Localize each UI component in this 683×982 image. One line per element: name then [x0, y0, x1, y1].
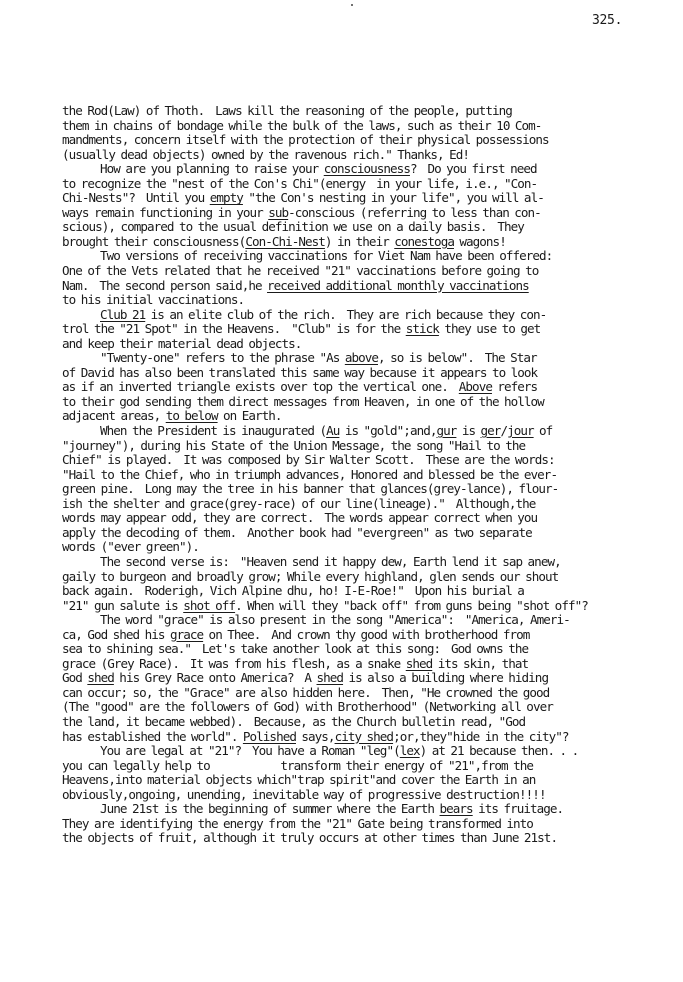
- text-line: "21" gun salute is shot off. When will t…: [62, 599, 682, 614]
- text-line: obviously,ongoing, unending, inevitable …: [62, 788, 682, 803]
- text-line: of David has also been translated this s…: [62, 366, 682, 381]
- text-run: ? Do you first need: [410, 161, 537, 176]
- text-run: the Rod(Law) of Thoth. Laws kill the rea…: [62, 103, 512, 118]
- text-run: of: [534, 423, 553, 438]
- underlined-term: Polished: [243, 729, 296, 744]
- text-run: . When will they "back off" from guns be…: [235, 598, 588, 613]
- text-run: the objects of fruit, although it truly …: [62, 830, 557, 845]
- text-run: is also a building where hiding: [343, 670, 548, 685]
- text-line: can occur; so, the "Grace" are also hidd…: [62, 686, 682, 701]
- underlined-term: gur: [436, 423, 456, 438]
- text-line: to his initial vaccinations.: [62, 293, 682, 308]
- text-line: words ("ever green").: [62, 540, 682, 555]
- text-run: scious), compared to the usual definitio…: [62, 219, 524, 234]
- text-line: (usually dead objects) owned by the rave…: [62, 148, 682, 163]
- text-run: obviously,ongoing, unending, inevitable …: [62, 787, 546, 802]
- underlined-term: received additional monthly vaccinations: [267, 278, 529, 293]
- underlined-term: Con-Chi-Nest: [245, 234, 325, 249]
- underlined-term: above: [345, 350, 378, 365]
- text-run: brought their consciousness(: [62, 234, 245, 249]
- text-run: back again. Roderigh, Vich Alpine dhu, h…: [62, 583, 524, 598]
- text-line: The second verse is: "Heaven send it hap…: [62, 555, 682, 570]
- text-run: You are legal at "21"? You have a Roman …: [100, 743, 400, 758]
- text-line: has established the world". Polished say…: [62, 730, 682, 745]
- text-run: grace (Grey Race). It was from his flesh…: [62, 656, 406, 671]
- text-line: trol the "21 Spot" in the Heavens. "Club…: [62, 322, 682, 337]
- text-line: to their god sending them direct message…: [62, 395, 682, 410]
- text-run: God: [62, 670, 87, 685]
- text-run: to their god sending them direct message…: [62, 394, 544, 409]
- text-line: ways remain functioning in your sub-cons…: [62, 206, 682, 221]
- text-run: is "gold";and,: [339, 423, 436, 438]
- text-line: back again. Roderigh, Vich Alpine dhu, h…: [62, 584, 682, 599]
- underlined-term: jour: [507, 423, 534, 438]
- text-line: gaily to burgeon and broadly grow; While…: [62, 570, 682, 585]
- text-line: Heavens,into material objects which"trap…: [62, 773, 682, 788]
- text-run: Heavens,into material objects which"trap…: [62, 772, 535, 787]
- underlined-term: sub: [268, 205, 288, 220]
- text-run: How are you planning to raise your: [100, 161, 324, 176]
- underlined-term: city shed: [335, 729, 394, 744]
- text-line: words may appear odd, they are correct. …: [62, 511, 682, 526]
- underlined-term: Club 21: [100, 307, 145, 322]
- paragraph: The second verse is: "Heaven send it hap…: [62, 555, 682, 613]
- paragraph: "Twenty-one" refers to the phrase "As ab…: [62, 351, 682, 424]
- text-line: God shed his Grey Race onto America? A s…: [62, 671, 682, 686]
- text-line: "journey"), during his State of the Unio…: [62, 439, 682, 454]
- paragraph: Club 21 is an elite club of the rich. Th…: [62, 308, 682, 352]
- text-run: -conscious (referring to less than con-: [288, 205, 541, 220]
- text-line: the Rod(Law) of Thoth. Laws kill the rea…: [62, 104, 682, 119]
- text-run: has established the world".: [62, 729, 243, 744]
- text-run: "journey"), during his State of the Unio…: [62, 438, 525, 453]
- text-run: One of the Vets related that he received…: [62, 263, 538, 278]
- text-run: on Thee. And crown thy good with brother…: [203, 627, 529, 642]
- text-run: green pine. Long may the tree in his ban…: [62, 481, 558, 496]
- paragraph: The word "grace" is also present in the …: [62, 613, 682, 744]
- text-line: mandments, concern itself with the prote…: [62, 133, 682, 148]
- text-line: Two versions of receiving vaccinations f…: [62, 249, 682, 264]
- text-run: ish the shelter and grace(grey-race) of …: [62, 496, 535, 511]
- text-line: When the President is inaugurated (Au is…: [62, 424, 682, 439]
- text-line: (The "good" are the followers of God) wi…: [62, 700, 682, 715]
- text-run: is: [456, 423, 480, 438]
- text-run: ) at 21 because then. . .: [420, 743, 579, 758]
- underlined-term: bears: [440, 801, 473, 816]
- text-run: gaily to burgeon and broadly grow; While…: [62, 569, 558, 584]
- text-line: to recognize the "nest of the Con's Chi"…: [62, 177, 682, 192]
- text-run: its skin, that: [432, 656, 528, 671]
- text-run: When the President is inaugurated (: [100, 423, 326, 438]
- paragraph: You are legal at "21"? You have a Roman …: [62, 744, 682, 802]
- paragraph: the Rod(Law) of Thoth. Laws kill the rea…: [62, 104, 682, 162]
- text-run: Two versions of receiving vaccinations f…: [100, 248, 552, 263]
- text-run: they use to get: [439, 321, 540, 336]
- paragraph: How are you planning to raise your consc…: [62, 162, 682, 249]
- text-line: June 21st is the beginning of summer whe…: [62, 802, 682, 817]
- underlined-term: stick: [406, 321, 439, 336]
- text-run: sea to shining sea." Let's take another …: [62, 641, 528, 656]
- text-run: Chi-Nests"? Until you: [62, 190, 210, 205]
- text-run: June 21st is the beginning of summer whe…: [100, 801, 440, 816]
- text-run: They are identifying the energy from the…: [62, 816, 533, 831]
- text-line: Chi-Nests"? Until you empty "the Con's n…: [62, 191, 682, 206]
- page-number: 325.: [592, 13, 622, 28]
- underlined-term: shed: [317, 670, 344, 685]
- text-line: "Twenty-one" refers to the phrase "As ab…: [62, 351, 682, 366]
- text-run: apply the decoding of them. Another book…: [62, 525, 532, 540]
- text-line: ca, God shed his grace on Thee. And crow…: [62, 628, 682, 643]
- text-run: is an elite club of the rich. They are r…: [145, 307, 546, 322]
- text-run: and keep their material dead objects.: [62, 336, 301, 351]
- underlined-term: ger: [481, 423, 501, 438]
- underlined-term: Au: [326, 423, 339, 438]
- text-line: apply the decoding of them. Another book…: [62, 526, 682, 541]
- text-run: "21" gun salute is: [62, 598, 183, 613]
- text-run: as if an inverted triangle exists over t…: [62, 379, 459, 394]
- text-run: on Earth.: [218, 408, 282, 423]
- paragraph: When the President is inaugurated (Au is…: [62, 424, 682, 555]
- text-run: "Twenty-one" refers to the phrase "As: [100, 350, 345, 365]
- text-line: and keep their material dead objects.: [62, 337, 682, 352]
- text-run: to recognize the "nest of the Con's Chi"…: [62, 176, 537, 191]
- text-line: Chief" is played. It was composed by Sir…: [62, 453, 682, 468]
- text-run: of David has also been translated this s…: [62, 365, 537, 380]
- text-run: you can legally help to transform their …: [62, 758, 533, 773]
- text-run: (usually dead objects) owned by the rave…: [62, 147, 469, 162]
- text-line: sea to shining sea." Let's take another …: [62, 642, 682, 657]
- text-run: can occur; so, the "Grace" are also hidd…: [62, 685, 549, 700]
- text-run: Chief" is played. It was composed by Sir…: [62, 452, 555, 467]
- text-run: "the Con's nesting in your life", you wi…: [243, 190, 544, 205]
- text-line: the land, it became webbed). Because, as…: [62, 715, 682, 730]
- paragraph: June 21st is the beginning of summer whe…: [62, 802, 682, 846]
- document-body: the Rod(Law) of Thoth. Laws kill the rea…: [62, 104, 682, 846]
- text-line: ish the shelter and grace(grey-race) of …: [62, 497, 682, 512]
- text-run: to his initial vaccinations.: [62, 292, 244, 307]
- text-run: , so is below". The Star: [378, 350, 537, 365]
- text-line: you can legally help to transform their …: [62, 759, 682, 774]
- text-line: the objects of fruit, although it truly …: [62, 831, 682, 846]
- text-line: Club 21 is an elite club of the rich. Th…: [62, 308, 682, 323]
- underlined-term: shed: [87, 670, 114, 685]
- text-line: adjacent areas, to below on Earth.: [62, 409, 682, 424]
- text-run: words may appear odd, they are correct. …: [62, 510, 537, 525]
- text-line: green pine. Long may the tree in his ban…: [62, 482, 682, 497]
- underlined-term: shot off: [183, 598, 235, 613]
- text-run: (The "good" are the followers of God) wi…: [62, 699, 553, 714]
- text-line: brought their consciousness(Con-Chi-Nest…: [62, 235, 682, 250]
- text-run: says,: [296, 729, 335, 744]
- text-run: The second verse is: "Heaven send it hap…: [100, 554, 561, 569]
- underlined-term: lex: [400, 743, 420, 758]
- text-line: grace (Grey Race). It was from his flesh…: [62, 657, 682, 672]
- text-run: ) in their: [325, 234, 394, 249]
- underlined-term: shed: [406, 656, 433, 671]
- underlined-term: empty: [210, 190, 243, 205]
- text-run: mandments, concern itself with the prote…: [62, 132, 549, 147]
- text-run: wagons!: [454, 234, 506, 249]
- text-run: ca, God shed his: [62, 627, 170, 642]
- text-line: scious), compared to the usual definitio…: [62, 220, 682, 235]
- underlined-term: Above: [459, 379, 492, 394]
- underlined-term: to below: [166, 408, 218, 423]
- text-run: Nam. The second person said,he: [62, 278, 267, 293]
- scan-speck: [351, 4, 353, 6]
- text-line: them in chains of bondage while the bulk…: [62, 119, 682, 134]
- text-line: Nam. The second person said,he received …: [62, 279, 682, 294]
- text-run: The word "grace" is also present in the …: [100, 612, 570, 627]
- text-line: "Hail to the Chief, who in triumph advan…: [62, 468, 682, 483]
- text-run: ways remain functioning in your: [62, 205, 268, 220]
- text-line: They are identifying the energy from the…: [62, 817, 682, 832]
- paragraph: Two versions of receiving vaccinations f…: [62, 249, 682, 307]
- text-run: refers: [492, 379, 537, 394]
- underlined-term: conestoga: [394, 234, 454, 249]
- text-run: trol the "21 Spot" in the Heavens. "Club…: [62, 321, 406, 336]
- underlined-term: grace: [170, 627, 203, 642]
- text-run: its fruitage.: [473, 801, 563, 816]
- text-line: How are you planning to raise your consc…: [62, 162, 682, 177]
- text-line: The word "grace" is also present in the …: [62, 613, 682, 628]
- text-run: them in chains of bondage while the bulk…: [62, 118, 541, 133]
- text-run: ;or,they"hide in the city"?: [393, 729, 568, 744]
- text-run: "Hail to the Chief, who in triumph advan…: [62, 467, 557, 482]
- text-run: words ("ever green").: [62, 539, 199, 554]
- text-line: You are legal at "21"? You have a Roman …: [62, 744, 682, 759]
- text-run: adjacent areas,: [62, 408, 166, 423]
- text-run: the land, it became webbed). Because, as…: [62, 714, 525, 729]
- text-run: his Grey Race onto America? A: [114, 670, 317, 685]
- text-line: as if an inverted triangle exists over t…: [62, 380, 682, 395]
- underlined-term: consciousness: [324, 161, 410, 176]
- text-line: One of the Vets related that he received…: [62, 264, 682, 279]
